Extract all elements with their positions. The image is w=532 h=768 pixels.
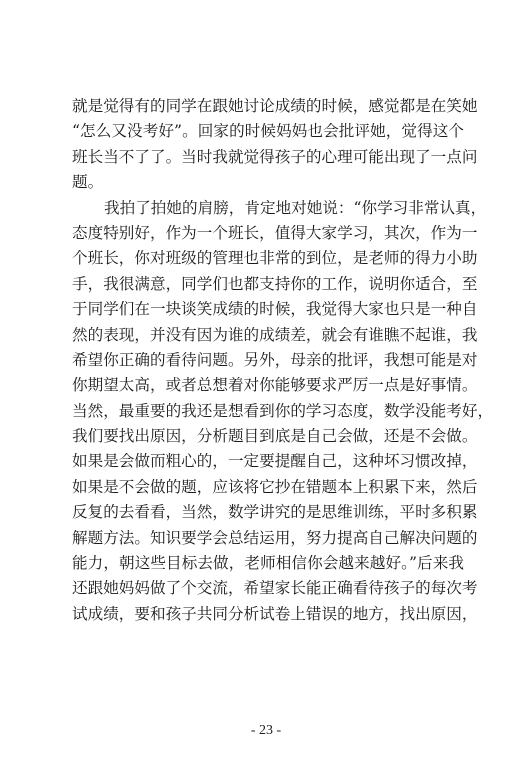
text-line: 当然，最重要的我还是想看到你的学习态度，数学没能考好，	[72, 399, 464, 424]
text-line: 我们要找出原因，分析题目到底是自己会做，还是不会做。	[72, 424, 464, 449]
text-line: 态度特别好，作为一个班长，值得大家学习，其次，作为一	[72, 221, 464, 246]
text-line: 能力，朝这些目标去做，老师相信你会越来越好。”后来我	[72, 551, 464, 576]
text-line: 如果是不会做的题，应该将它抄在错题本上积累下来，然后	[72, 475, 464, 500]
text-line: 题。	[72, 170, 464, 195]
text-line: 于同学们在一块谈笑成绩的时候，我觉得大家也只是一种自	[72, 297, 464, 322]
text-line: 手，我很满意，同学们也都支持你的工作，说明你适合，至	[72, 272, 464, 297]
text-line: 还跟她妈妈做了个交流，希望家长能正确看待孩子的每次考	[72, 576, 464, 601]
page-number: - 23 -	[0, 723, 532, 739]
text-line: 你期望太高，或者总想着对你能够要求严厉一点是好事情。	[72, 373, 464, 398]
text-line: 就是觉得有的同学在跟她讨论成绩的时候，感觉都是在笑她	[72, 94, 464, 119]
text-line: 个班长，你对班级的管理也非常的到位，是老师的得力小助	[72, 246, 464, 271]
text-line: 班长当不了了。当时我就觉得孩子的心理可能出现了一点问	[72, 145, 464, 170]
text-line: 然的表现，并没有因为谁的成绩差，就会有谁瞧不起谁，我	[72, 323, 464, 348]
text-line: 反复的去看看，当然，数学讲究的是思维训练，平时多积累	[72, 500, 464, 525]
text-line: 如果是会做而粗心的，一定要提醒自己，这种坏习惯改掉，	[72, 449, 464, 474]
text-line: “怎么又没考好”。回家的时候妈妈也会批评她，觉得这个	[72, 119, 464, 144]
text-line: 试成绩，要和孩子共同分析试卷上错误的地方，找出原因，	[72, 602, 464, 627]
document-page: 就是觉得有的同学在跟她讨论成绩的时候，感觉都是在笑她 “怎么又没考好”。回家的时…	[72, 94, 464, 627]
text-line: 我拍了拍她的肩膀，肯定地对她说：“你学习非常认真，	[72, 196, 464, 221]
text-line: 希望你正确的看待问题。另外，母亲的批评，我想可能是对	[72, 348, 464, 373]
text-line: 解题方法。知识要学会总结运用，努力提高自己解决问题的	[72, 526, 464, 551]
